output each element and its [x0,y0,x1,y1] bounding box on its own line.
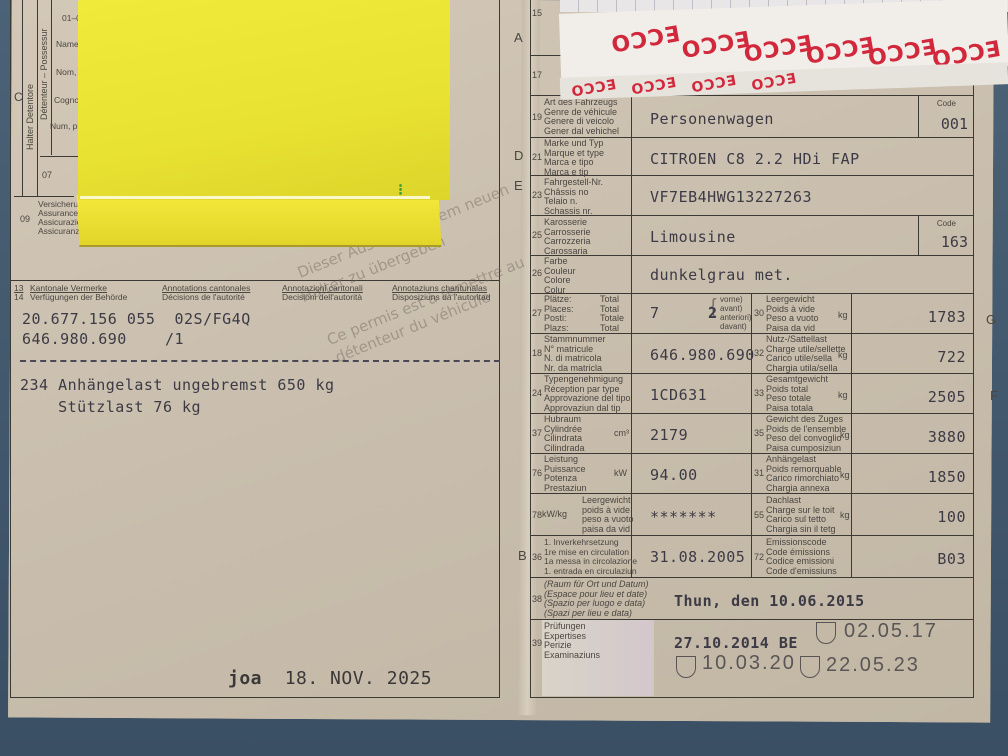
label-rm: Paisa da vid [766,324,819,334]
field-31-labels: Anhängelast Poids remorquable Carico rim… [766,455,842,493]
detenteur-label: Détenteur – Possessur [39,28,49,120]
towing-capacity-value: 1850 [928,468,966,486]
empty-weight-value: 1783 [928,308,966,326]
field-25-labels: Karosserie Carrosserie Carrozzeria Caros… [544,218,591,256]
field-78-num: 78 [532,510,542,520]
power-value: 94.00 [650,466,698,484]
field-32: 32 Nutz-/Sattellast Charge utile/sellett… [752,334,974,373]
cantonal-entry-line-1: 20.677.156 055 02S/FG4Q [22,310,251,328]
cantonal-nums: 13 14 [14,284,23,302]
section-letter-d: D [514,148,523,163]
cantonal-de-b: Verfügungen der Behörde [30,293,127,302]
body-type-code: 163 [941,233,968,251]
field-21-num: 21 [532,152,542,162]
displacement-value: 2179 [650,426,688,444]
unit-kw: kW [614,468,627,478]
ecco-shoebox: ECCO ECCO ECCO ECCO ECCO ECCO ECCO ECCO … [560,0,1008,96]
first-registration-value: 31.08.2005 [650,548,745,566]
unit-kg: kg [838,350,848,360]
field-36-num: 36 [532,552,542,562]
bern-coat-of-arms-icon [816,622,836,644]
vehicle-type-code: 001 [941,115,968,133]
section-letter-g: G [986,312,996,327]
total-rm: Total [600,324,624,334]
field-19-labels: Art des Fahrzeugs Genre de véhicule Gene… [544,98,619,136]
field-26-num: 26 [532,268,542,278]
cantonal-col-it: Annotazioni cantonali Decisioni dell'aut… [282,284,363,302]
divider [10,280,500,281]
divider [14,196,74,197]
cantonal-col-rm: Annotaziuns chantunalas Disposiziuns da … [392,284,490,302]
cantonal-fr-b: Décisions de l'autorité [162,293,250,302]
field-36-72-row: 36 1. Inverkehrsetzung 1re mise en circu… [530,536,974,578]
field-39-row: 39 Prüfungen Expertises Perizie Examinaz… [530,620,974,698]
exam-stamp-1: 02.05.17 [844,620,938,643]
field-36: 36 1. Inverkehrsetzung 1re mise en circu… [530,536,752,577]
cantonal-col-fr: Annotations cantonales Décisions de l'au… [162,284,250,302]
payload-value: 722 [937,348,966,366]
field-38-num: 38 [532,594,542,604]
stamp-initials: joa [228,668,262,689]
field-24-labels: Typengenehmigung Réception par type Appr… [544,375,631,413]
field-23-num: 23 [532,190,542,200]
field-35: 35 Gewicht des Zuges Poids de l'ensemble… [752,414,974,453]
field-18: 18 Stammnummer N° matricule N. di matric… [530,334,752,373]
field-39-num: 39 [532,638,542,648]
field-30-num: 30 [754,308,764,318]
cantonal-annotations-header: 13 14 Kantonale Vermerke Verfügungen der… [14,284,500,304]
label-rm: 1. entrada en circulaziun [544,567,637,577]
label-rm: Chargia sin il tetg [766,525,836,535]
field-23-labels: Fahrgestell-Nr. Châssis no Telaio n. Sch… [544,178,603,216]
bern-coat-of-arms-icon [676,656,696,678]
field-76-num: 76 [532,468,542,478]
yellow-box-crease [80,196,430,199]
yellow-box [70,0,450,250]
ecco-logo: ECCO [749,69,797,93]
label-rm: Examinaziuns [544,651,600,661]
field-17-num: 17 [532,70,542,80]
field-15-num: 15 [532,8,542,18]
field-76: 76 Leistung Puissance Potenza Prestaziun… [530,454,752,493]
field-39-labels: Prüfungen Expertises Perizie Examinaziun… [544,622,600,660]
field-21-labels: Marke und Typ Marque et type Marca e tip… [544,139,604,177]
seats-front-labels: vorne) avant) anteriori) davant) [720,295,752,331]
field-33-num: 33 [754,388,764,398]
section-letter-a: A [514,30,523,45]
date-stamp: joa 18. NOV. 2025 [228,668,432,689]
field-55: 55 Dachlast Charge sur le toit Carico su… [752,494,974,535]
front-fr: avant) [720,304,752,313]
label-rm: Schassis nr. [544,207,603,217]
unit-kg: kg [838,310,848,320]
field-27-num: 27 [532,308,542,318]
cantonal-entry-line-3: 234 Anhängelast ungebremst 650 kg [20,376,335,394]
field-36-labels: 1. Inverkehrsetzung 1re mise en circulat… [544,538,637,576]
field-31: 31 Anhängelast Poids remorquable Carico … [752,454,974,493]
field-78: 78 kW/kg Leergewicht poids à vide peso a… [530,494,752,535]
label-rm: Approvaziun dal tip [544,404,631,414]
field-27: 27 Plätze: Places: Posti: Plazs: Total T… [530,294,752,333]
field-37-num: 37 [532,428,542,438]
label-rm: Nr. da matricla [544,364,606,374]
label-rm: Paisa cumposiziun [766,444,846,454]
field-38-row: 38 (Raum für Ort und Datum) (Espace pour… [530,578,974,620]
field-18-num: 18 [532,348,542,358]
field-33: 33 Gesamtgewicht Poids total Peso totale… [752,374,974,413]
dashed-separator [20,360,500,362]
seats-front-value: 2 [708,304,718,322]
section-letter-e: E [514,178,523,193]
yellow-box-side [77,195,442,247]
field-33-labels: Gesamtgewicht Poids total Peso totale Pa… [766,375,828,413]
cantonal-entry-line-2: 646.980.690 /1 [22,330,184,348]
ecco-logo: ECCO [608,19,681,56]
unit-cm3: cm³ [614,428,629,438]
stamp-date-value: 18. NOV. 2025 [285,668,432,689]
emission-code-value: B03 [937,550,966,568]
label-rm: Chargia annexa [766,484,842,494]
field-30-labels: Leergewicht Poids à vide Peso a vuoto Pa… [766,295,819,333]
exam-stamp-3: 22.05.23 [826,654,920,677]
cantonal-rm-b: Disposiziuns da l'autoritad [392,293,490,302]
field-76-labels: Leistung Puissance Potenza Prestaziun [544,455,587,493]
field-72: 72 Emissionscode Code émissions Codice e… [752,536,974,577]
field-24-num: 24 [532,388,542,398]
exam-stamp-2: 10.03.20 [702,652,796,675]
ecco-logo: ECCO [865,32,938,69]
field-27-30-row: 27 Plätze: Places: Posti: Plazs: Total T… [530,294,974,334]
seats-total-value: 7 [650,304,660,322]
place-date-value: Thun, den 10.06.2015 [674,592,865,610]
field-32-labels: Nutz-/Sattellast Charge utile/sellette C… [766,335,846,373]
field-21-row: 21 Marke und Typ Marque et type Marca e … [530,138,974,176]
field-19-num: 19 [532,112,542,122]
label-rm: Carossaria [544,247,591,257]
unit-kg: kg [840,470,850,480]
halter-column: Halter Detentore [22,0,38,196]
field-32-num: 32 [754,348,764,358]
unit-kg: kg [840,510,850,520]
halter-label: Halter Detentore [25,84,35,150]
field-37: 37 Hubraum Cylindrée Cilindrata Cilindra… [530,414,752,453]
power-weight-value: ******* [650,508,717,526]
type-approval-value: 1CD631 [650,386,707,404]
label-rm: Code d'emissiuns [766,567,837,577]
ecco-logo: ECCO [569,75,617,99]
field-37-35-row: 37 Hubraum Cylindrée Cilindrata Cilindra… [530,414,974,454]
field-25-row: 25 Karosserie Carrosserie Carrozzeria Ca… [530,216,974,256]
cantonal-col-de: Kantonale Vermerke Verfügungen der Behör… [30,284,127,302]
front-rm: davant) [720,322,752,331]
body-type-code-box: Code 163 [918,216,974,255]
label-rm: Gener dal vehichel [544,127,619,137]
master-number-value: 646.980.690 [650,346,755,364]
field-26-row: 26 Farbe Couleur Colore Colur dunkelgrau… [530,256,974,294]
field-18-labels: Stammnummer N° matricule N. di matricola… [544,335,606,373]
make-model-value: CITROEN C8 2.2 HDi FAP [650,150,860,168]
code-label: Code [937,99,956,108]
unit-kg: kg [838,390,848,400]
cantonal-entry-line-4: Stützlast 76 kg [20,398,201,416]
kw-kg-label: kW/kg [542,510,567,520]
first-exam-value: 27.10.2014 BE [674,634,798,652]
front-it: anteriori) [720,313,752,322]
label-rm: Chargia utila/sella [766,364,846,374]
body-type-value: Limousine [650,228,736,246]
field-27-totals: Total Total Totale Total [600,295,624,333]
cantonal-it-b: Decisioni dell'autorità [282,293,363,302]
code-label: Code [937,219,956,228]
label-rm: Paisa totala [766,404,828,414]
field-09-num: 09 [20,214,30,224]
field-35-labels: Gewicht des Zuges Poids de l'ensemble Pe… [766,415,846,453]
front-de: vorne) [720,295,752,304]
field-38-labels: (Raum für Ort und Datum) (Espace pour li… [544,580,649,618]
field-27-labels: Plätze: Places: Posti: Plazs: [544,295,574,333]
label-rm: (Spazi per lieu e data) [544,609,649,619]
field-55-num: 55 [754,510,764,520]
unit-kg: kg [840,430,850,440]
label-rm: Cilindrada [544,444,585,454]
field-35-num: 35 [754,428,764,438]
chassis-number-value: VF7EB4HWG13227263 [650,188,812,206]
field-30: 30 Leergewicht Poids à vide Peso a vuoto… [752,294,974,333]
field-72-labels: Emissionscode Code émissions Codice emis… [766,538,837,576]
field-78-labels: Leergewicht poids à vide peso a vuoto pa… [582,496,634,534]
field-78-55-row: 78 kW/kg Leergewicht poids à vide peso a… [530,494,974,536]
field-19-row: 19 Art des Fahrzeugs Genre de véhicule G… [530,96,974,138]
ecco-logo: ECCO [689,71,737,95]
field-31-num: 31 [754,468,764,478]
field-18-32-row: 18 Stammnummer N° matricule N. di matric… [530,334,974,374]
yellow-box-top [78,0,450,200]
field-26-labels: Farbe Couleur Colore Colur [544,257,576,295]
label-rm: Plazs: [544,324,574,334]
field-24: 24 Typengenehmigung Réception par type A… [530,374,752,413]
label-rm: Prestaziun [544,484,587,494]
bern-coat-of-arms-icon [800,656,820,678]
field-37-labels: Hubraum Cylindrée Cilindrata Cilindrada [544,415,585,453]
field-76-31-row: 76 Leistung Puissance Potenza Prestaziun… [530,454,974,494]
detenteur-column: Détenteur – Possessur [38,0,52,155]
num-14: 14 [14,293,23,302]
field-25-num: 25 [532,230,542,240]
section-letter-b: B [518,548,527,563]
field-55-labels: Dachlast Charge sur le toit Carico sul t… [766,496,836,534]
vehicle-type-code-box: Code 001 [918,96,974,137]
color-value: dunkelgrau met. [650,266,793,284]
field-72-num: 72 [754,552,764,562]
green-mark: ⁝ [398,180,403,200]
field-24-33-row: 24 Typengenehmigung Réception par type A… [530,374,974,414]
vehicle-type-value: Personenwagen [650,110,774,128]
field-07-num: 07 [42,170,52,180]
section-letter-f: F [990,388,998,403]
ecco-logo: ECCO [629,73,677,97]
train-weight-value: 3880 [928,428,966,446]
field-23-row: 23 Fahrgestell-Nr. Châssis no Telaio n. … [530,176,974,216]
roof-load-value: 100 [937,508,966,526]
total-weight-value: 2505 [928,388,966,406]
label-rm: paisa da vid [582,525,634,535]
